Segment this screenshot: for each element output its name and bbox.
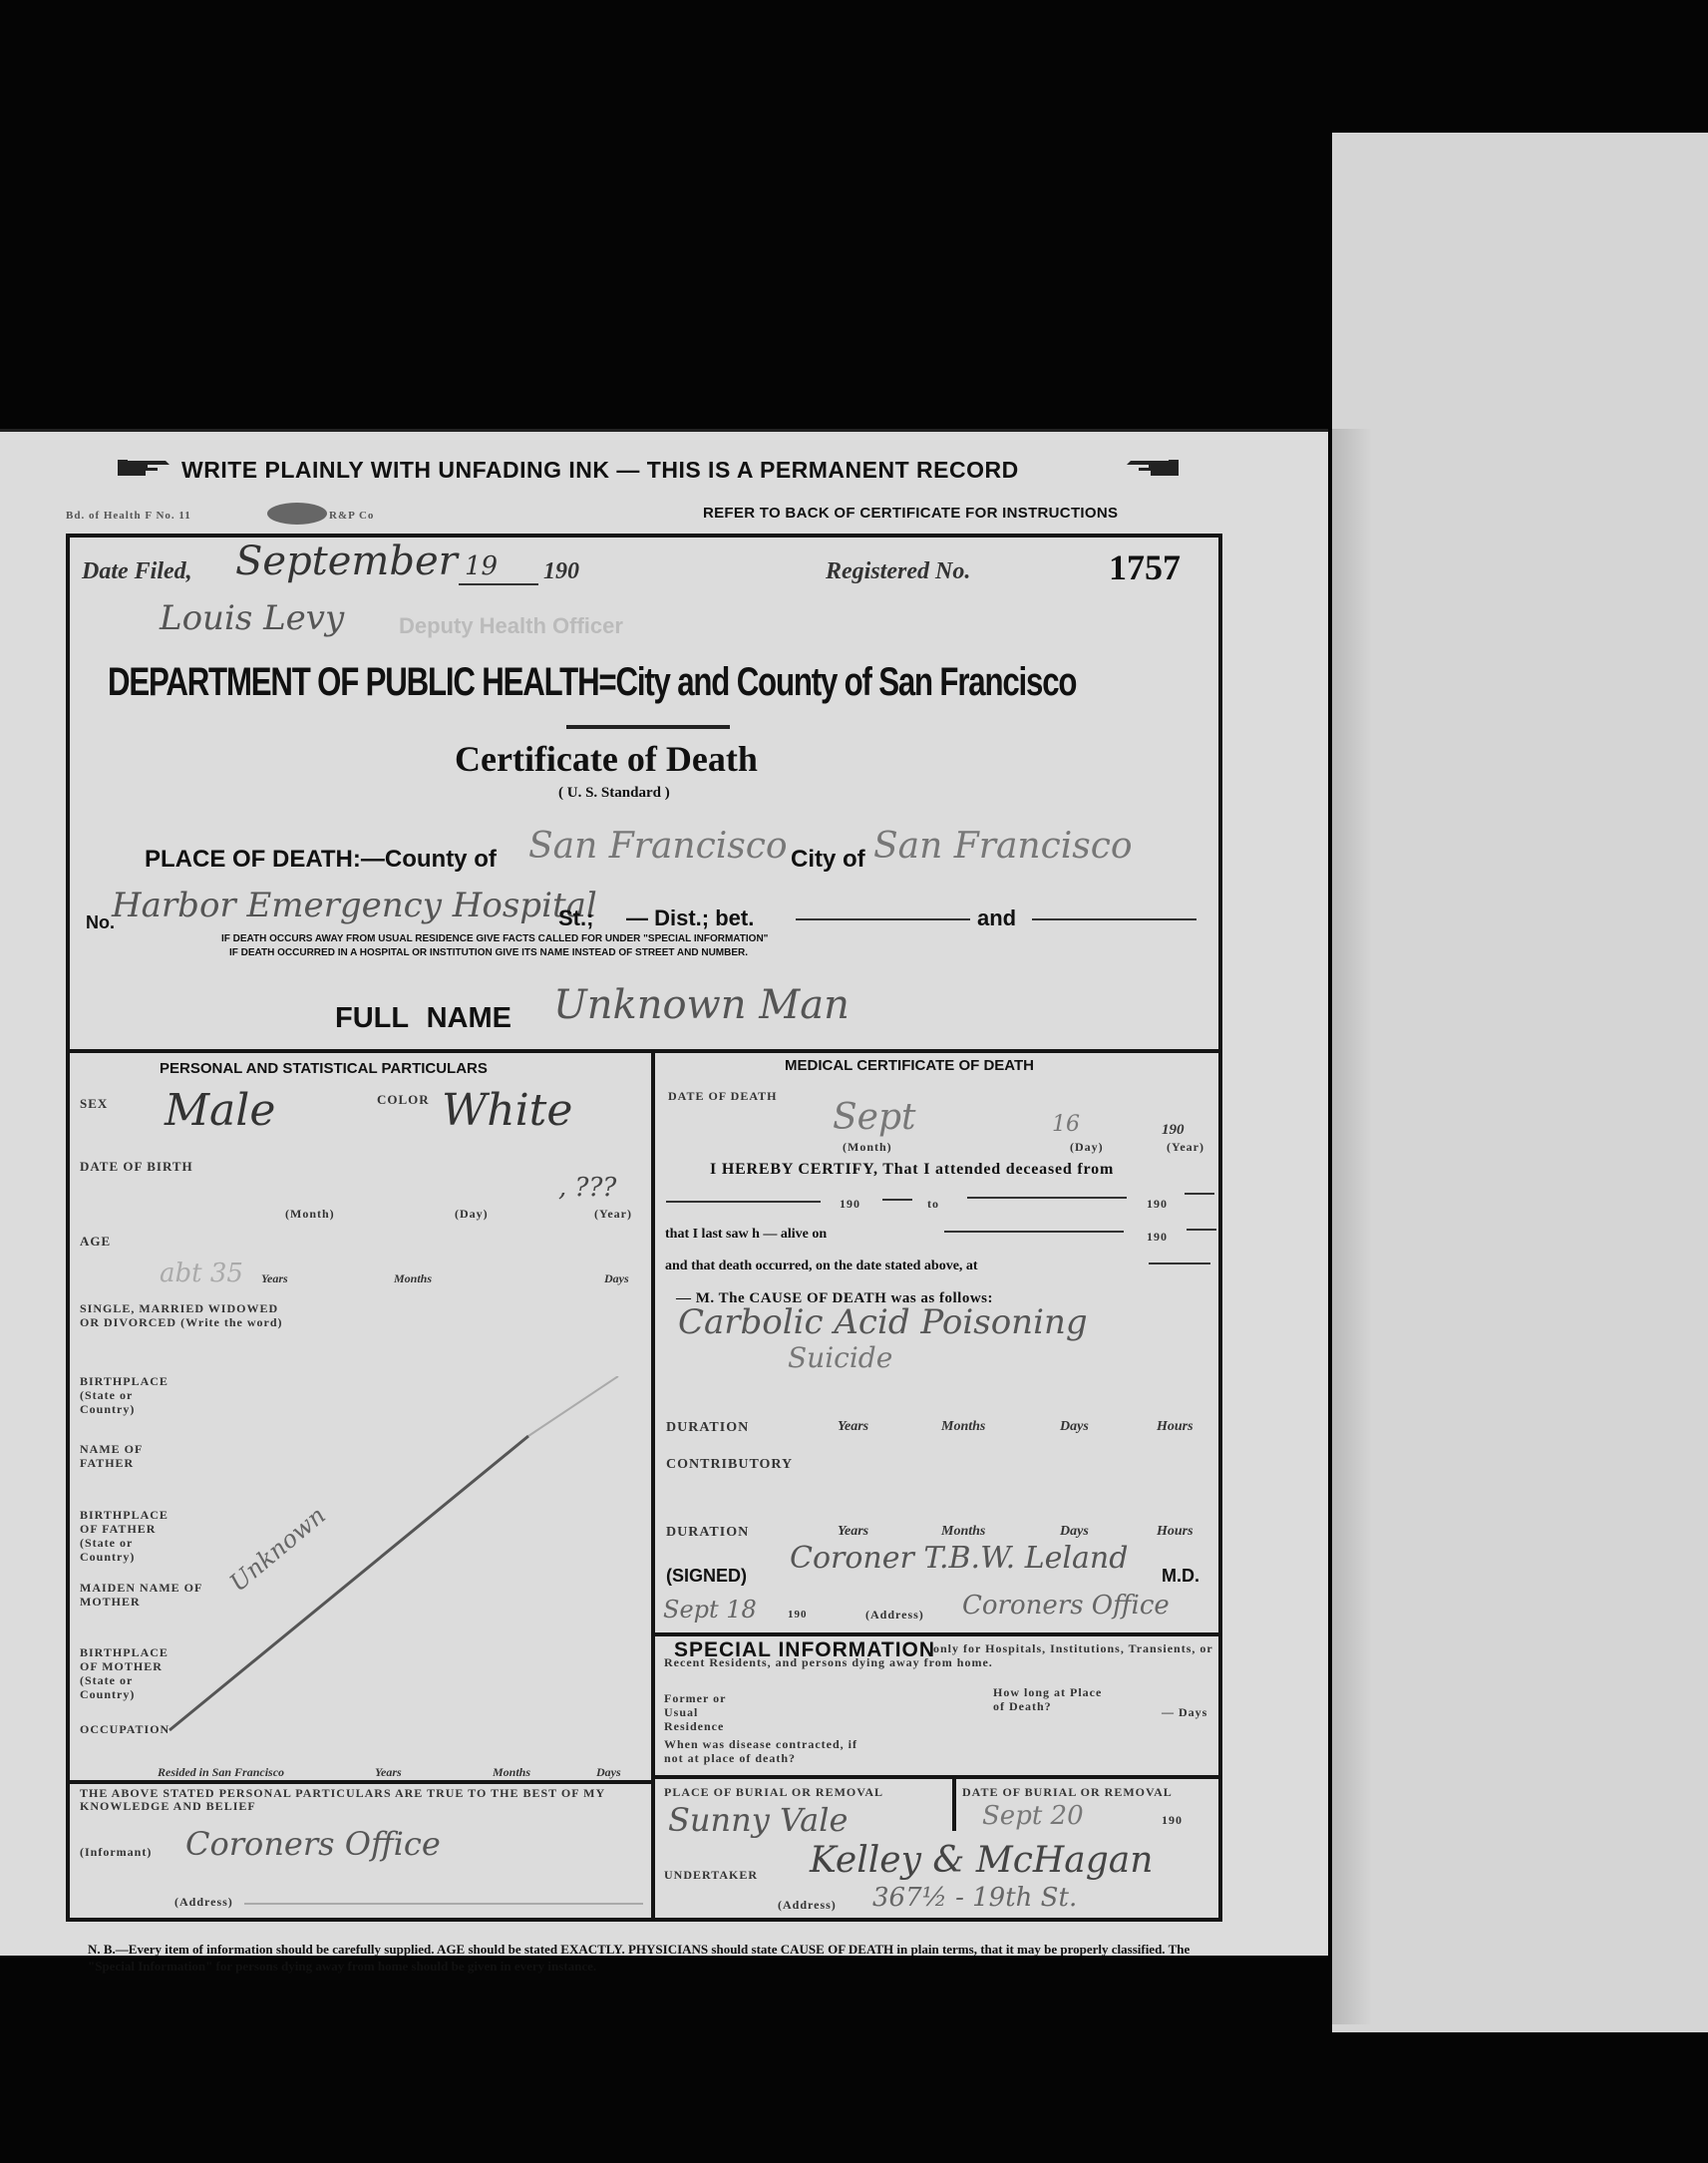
signer-title: Deputy Health Officer bbox=[399, 613, 623, 639]
city-value[interactable]: San Francisco bbox=[873, 826, 1133, 867]
undertaker-label: UNDERTAKER bbox=[664, 1868, 758, 1882]
dob-month-caption: (Month) bbox=[285, 1207, 335, 1221]
burial-year: 190 bbox=[1162, 1813, 1183, 1827]
page-fold-shadow bbox=[1332, 429, 1372, 2024]
duration-months-2: Months bbox=[941, 1524, 985, 1540]
dob-label: DATE OF BIRTH bbox=[80, 1160, 193, 1174]
signed-by-value[interactable]: Coroner T.B.W. Leland bbox=[790, 1541, 1128, 1576]
printer-mark: R&P Co bbox=[329, 509, 374, 523]
burial-divider bbox=[655, 1775, 1218, 1779]
duration-hours: Hours bbox=[1157, 1419, 1194, 1435]
cause-line-1[interactable]: Carbolic Acid Poisoning bbox=[678, 1302, 1088, 1342]
place-of-death-label: PLACE OF DEATH:—County of bbox=[145, 846, 497, 874]
age-years-caption: Years bbox=[261, 1271, 288, 1286]
burial-place-label: PLACE OF BURIAL OR REMOVAL bbox=[664, 1785, 883, 1799]
medical-heading: MEDICAL CERTIFICATE OF DEATH bbox=[785, 1057, 1034, 1074]
date-filed-label: Date Filed, bbox=[82, 558, 192, 585]
burial-date-value[interactable]: Sept 20 bbox=[982, 1801, 1084, 1831]
burial-place-value[interactable]: Sunny Vale bbox=[668, 1801, 848, 1839]
hospital-note: IF DEATH OCCURRED IN A HOSPITAL OR INSTI… bbox=[229, 947, 748, 958]
dod-year-caption: (Year) bbox=[1167, 1140, 1204, 1154]
city-label: City of bbox=[791, 846, 865, 874]
dob-year-caption: (Year) bbox=[594, 1207, 632, 1221]
date-filed-year: 190 bbox=[543, 558, 579, 585]
banner-text: WRITE PLAINLY WITH UNFADING INK — THIS I… bbox=[181, 457, 1019, 484]
undertaker-address-label: (Address) bbox=[778, 1898, 837, 1912]
color-value[interactable]: White bbox=[442, 1085, 572, 1136]
contracted-label: When was disease contracted, if not at p… bbox=[664, 1737, 863, 1765]
duration-years-2: Years bbox=[838, 1524, 868, 1540]
certify-statement: I HEREBY CERTIFY, That I attended deceas… bbox=[710, 1161, 1114, 1179]
last-saw-label: that I last saw h — alive on bbox=[665, 1227, 827, 1243]
certificate-title: Certificate of Death bbox=[455, 738, 758, 780]
duration-label: DURATION bbox=[666, 1421, 749, 1435]
marital-label: SINGLE, MARRIED WIDOWED OR DIVORCED (Wri… bbox=[80, 1301, 299, 1329]
duration-hours-2: Hours bbox=[1157, 1524, 1194, 1540]
registered-number: 1757 bbox=[1109, 546, 1181, 588]
former-residence-label: Former or Usual Residence bbox=[664, 1691, 754, 1733]
signed-label: (SIGNED) bbox=[666, 1566, 747, 1587]
instructions-note: REFER TO BACK OF CERTIFICATE FOR INSTRUC… bbox=[703, 505, 1118, 522]
pointing-hand-icon bbox=[118, 457, 171, 484]
resided-days-caption: Days bbox=[596, 1765, 621, 1780]
district-label: — Dist.; bet. bbox=[626, 905, 754, 931]
duration-days-2: Days bbox=[1060, 1524, 1089, 1540]
age-value[interactable]: abt 35 bbox=[160, 1259, 243, 1288]
full-name-value[interactable]: Unknown Man bbox=[553, 982, 850, 1028]
to-label: to bbox=[927, 1197, 939, 1211]
burial-date-label: DATE OF BURIAL OR REMOVAL bbox=[962, 1785, 1173, 1799]
attest-statement: THE ABOVE STATED PERSONAL PARTICULARS AR… bbox=[80, 1787, 648, 1813]
resided-label: Resided in San Francisco bbox=[158, 1765, 284, 1780]
md-label: M.D. bbox=[1162, 1566, 1199, 1587]
death-occurred-label: and that death occurred, on the date sta… bbox=[665, 1259, 978, 1274]
residence-note: IF DEATH OCCURS AWAY FROM USUAL RESIDENC… bbox=[221, 933, 768, 944]
age-days-caption: Days bbox=[604, 1271, 629, 1286]
attest-divider bbox=[70, 1780, 651, 1784]
sex-label: SEX bbox=[80, 1097, 108, 1111]
no-label: No. bbox=[86, 912, 115, 933]
signer-signature[interactable]: Louis Levy bbox=[160, 598, 344, 638]
how-long-days: — Days bbox=[1162, 1705, 1207, 1719]
form-id: Bd. of Health F No. 11 bbox=[66, 509, 191, 523]
dod-month-value[interactable]: Sept bbox=[833, 1097, 915, 1138]
informant-address-label: (Address) bbox=[174, 1895, 233, 1909]
signed-date-value[interactable]: Sept 18 bbox=[663, 1596, 757, 1623]
street-label: St.; bbox=[558, 905, 593, 931]
attended-from-year: 190 bbox=[840, 1197, 860, 1211]
burial-column-divider bbox=[952, 1775, 956, 1831]
dod-day-caption: (Day) bbox=[1070, 1140, 1104, 1154]
signed-year: 190 bbox=[788, 1608, 808, 1622]
how-long-label: How long at Place of Death? bbox=[993, 1685, 1113, 1713]
cause-line-2[interactable]: Suicide bbox=[788, 1341, 892, 1374]
diagonal-strikethrough bbox=[150, 1376, 668, 1740]
sex-value[interactable]: Male bbox=[165, 1085, 275, 1136]
duration-label-2: DURATION bbox=[666, 1526, 749, 1540]
standard-subtitle: ( U. S. Standard ) bbox=[558, 785, 670, 802]
contributory-label: CONTRIBUTORY bbox=[666, 1458, 793, 1472]
undertaker-address-value[interactable]: 367½ - 19th St. bbox=[872, 1883, 1077, 1913]
section-divider bbox=[70, 1049, 1218, 1053]
undertaker-value[interactable]: Kelley & McHagan bbox=[810, 1840, 1153, 1881]
street-value[interactable]: Harbor Emergency Hospital bbox=[112, 886, 597, 925]
duration-days: Days bbox=[1060, 1419, 1089, 1435]
county-value[interactable]: San Francisco bbox=[528, 826, 788, 867]
last-saw-year: 190 bbox=[1147, 1230, 1168, 1244]
seal-emblem-icon bbox=[267, 503, 327, 525]
color-label: COLOR bbox=[377, 1093, 430, 1107]
registered-label: Registered No. bbox=[826, 558, 970, 585]
informant-value[interactable]: Coroners Office bbox=[185, 1825, 441, 1863]
date-filed-month[interactable]: September bbox=[235, 539, 458, 584]
footer-note: N. B.—Every item of information should b… bbox=[88, 1941, 1195, 1975]
pointing-hand-icon bbox=[1125, 457, 1179, 484]
special-divider bbox=[655, 1632, 1218, 1636]
age-months-caption: Months bbox=[394, 1271, 432, 1286]
signer-address-label: (Address) bbox=[865, 1608, 924, 1622]
dod-year-value: 190 bbox=[1162, 1122, 1185, 1139]
personal-heading: PERSONAL AND STATISTICAL PARTICULARS bbox=[160, 1060, 488, 1077]
and-label: and bbox=[977, 905, 1016, 931]
adjacent-page bbox=[1332, 133, 1708, 2032]
date-of-death-label: DATE OF DEATH bbox=[668, 1089, 777, 1103]
title-divider bbox=[566, 725, 730, 729]
date-filed-day[interactable]: 19 bbox=[465, 551, 498, 581]
signer-address-value[interactable]: Coroners Office bbox=[962, 1591, 1170, 1621]
duration-months: Months bbox=[941, 1419, 985, 1435]
informant-label: (Informant) bbox=[80, 1845, 152, 1859]
dob-year-value[interactable]: , ??? bbox=[558, 1173, 616, 1203]
resided-years-caption: Years bbox=[375, 1765, 402, 1780]
special-subheading: only for Hospitals, Institutions, Transi… bbox=[664, 1641, 1217, 1669]
resided-months-caption: Months bbox=[493, 1765, 530, 1780]
dod-day-value[interactable]: 16 bbox=[1052, 1112, 1080, 1137]
dod-month-caption: (Month) bbox=[843, 1140, 892, 1154]
department-title: DEPARTMENT OF PUBLIC HEALTH=City and Cou… bbox=[108, 660, 1076, 705]
full-name-label: FULL NAME bbox=[335, 1002, 512, 1035]
attended-to-year: 190 bbox=[1147, 1197, 1168, 1211]
duration-years: Years bbox=[838, 1419, 868, 1435]
dob-day-caption: (Day) bbox=[455, 1207, 489, 1221]
age-label: AGE bbox=[80, 1235, 111, 1249]
